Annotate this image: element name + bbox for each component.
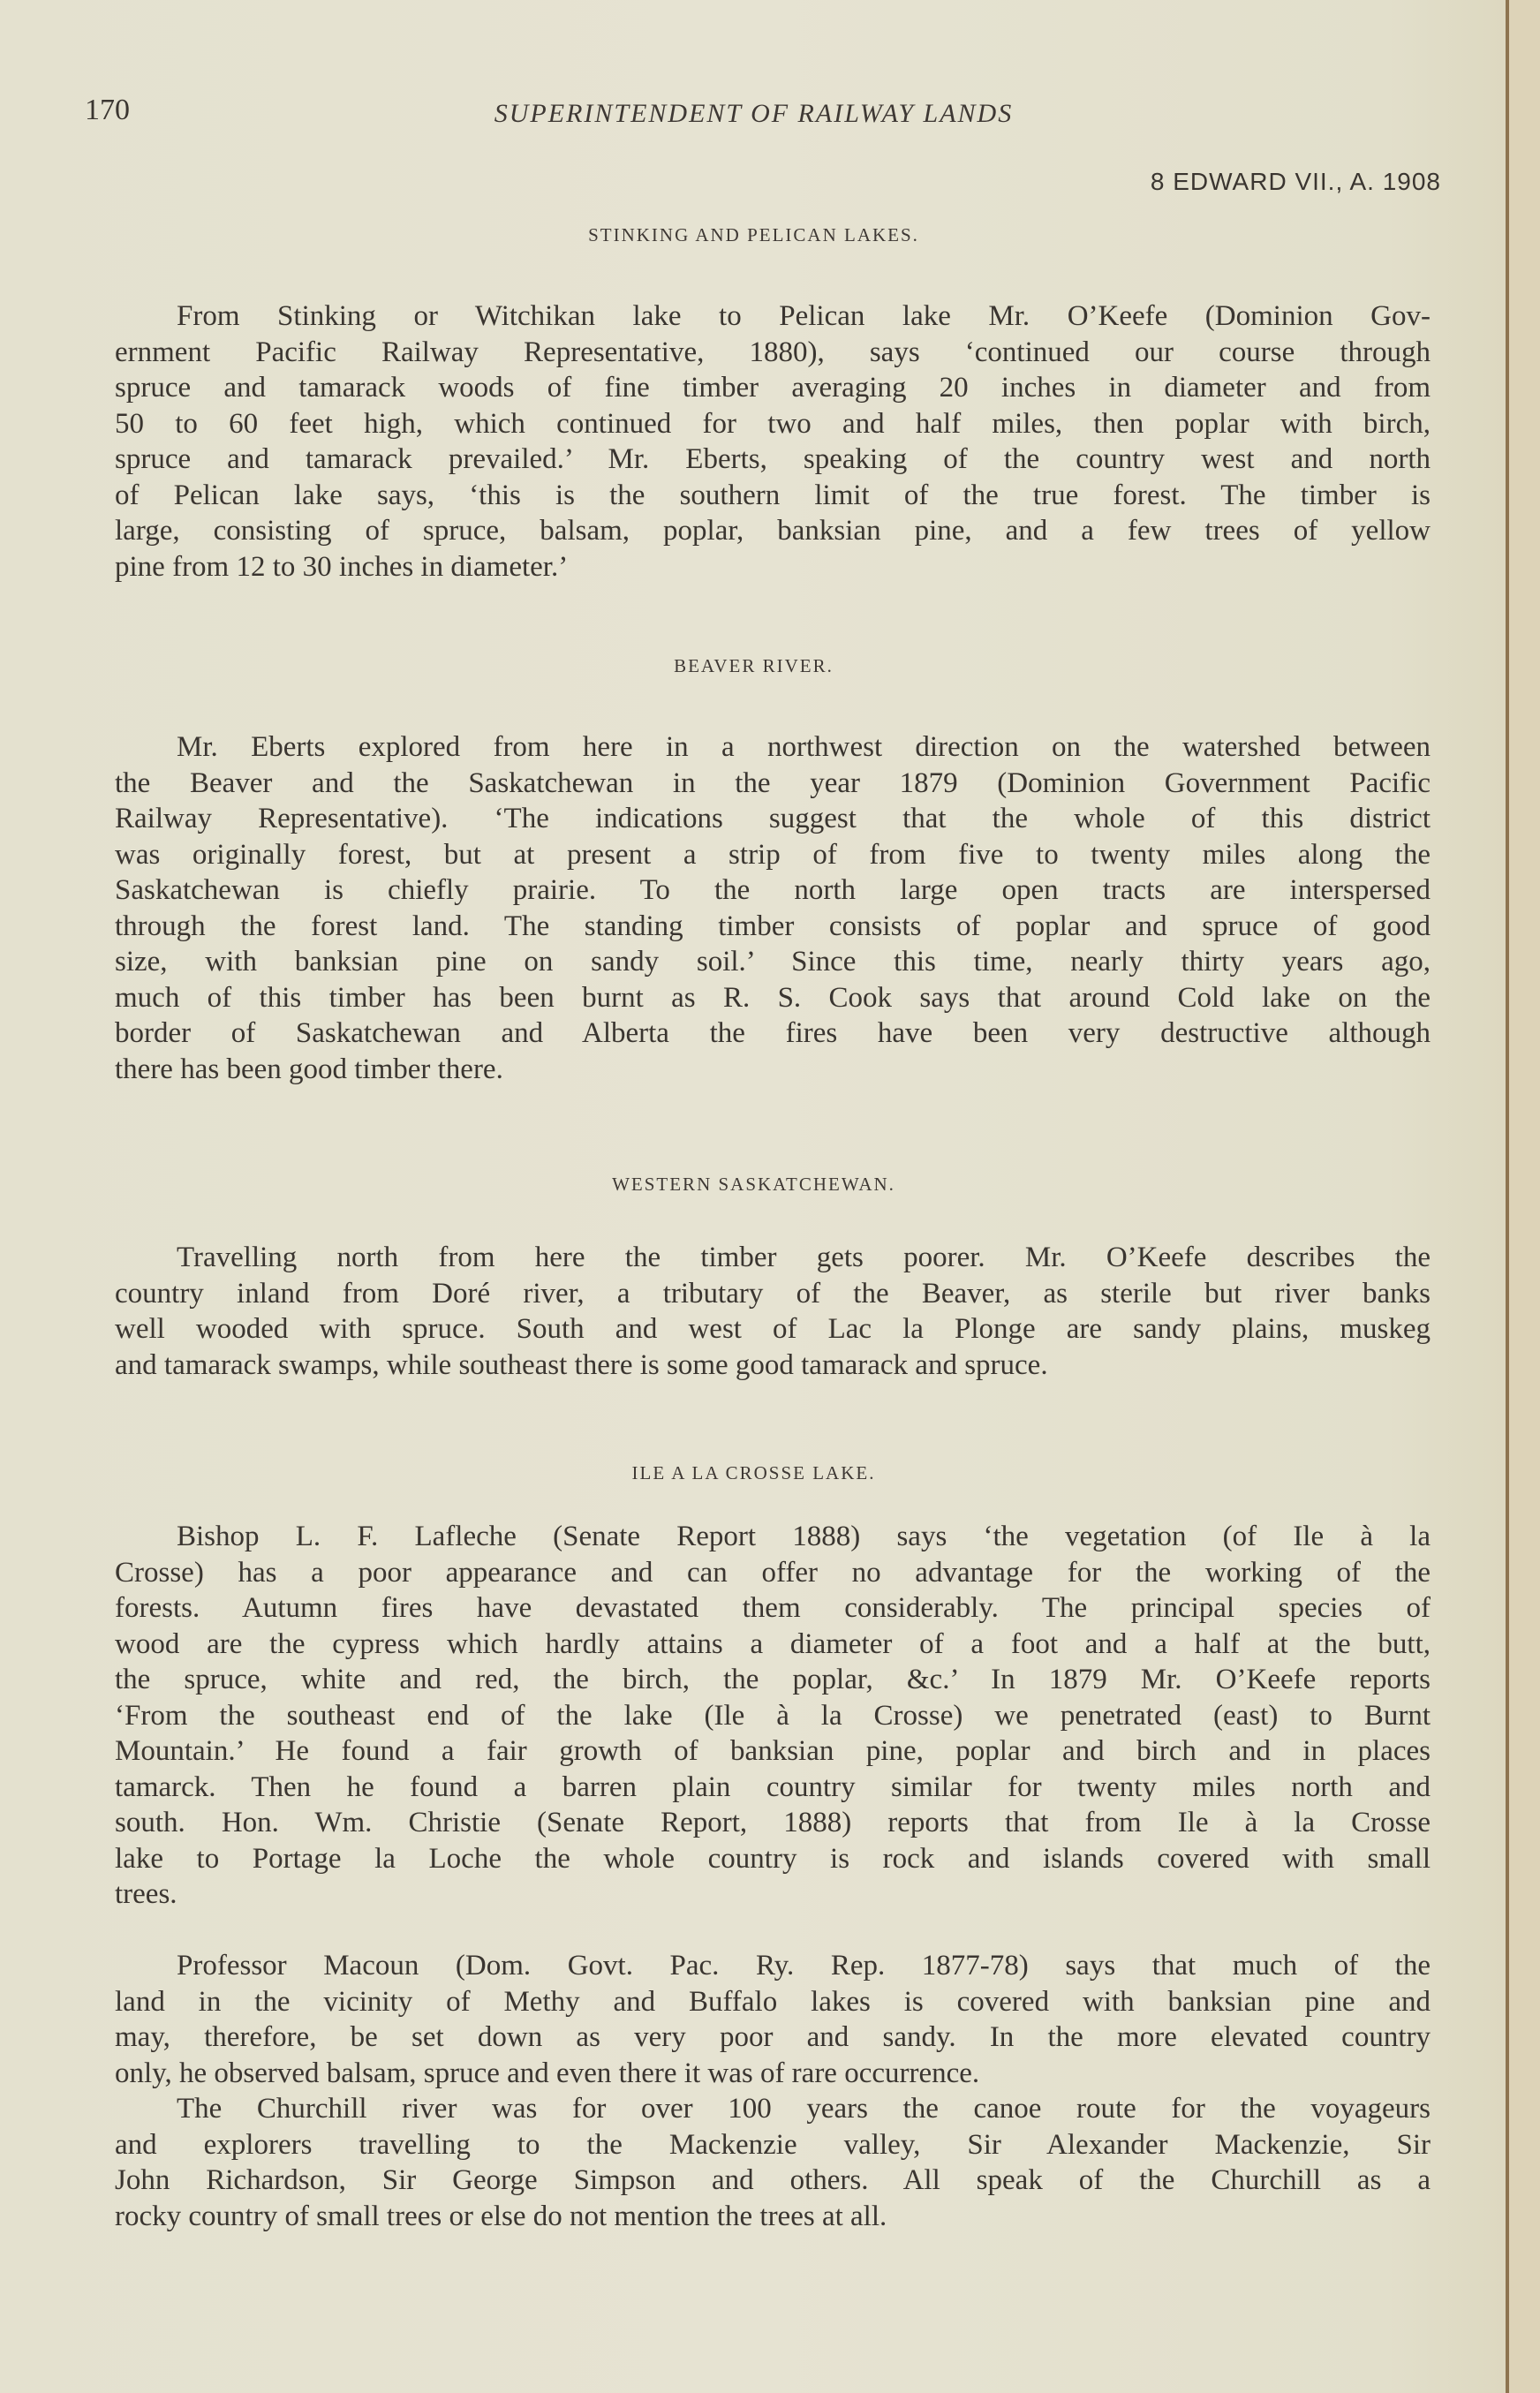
text-line: tamarck. Then he found a barren plain co… [115,1770,1431,1806]
paragraph: Professor Macoun (Dom. Govt. Pac. Ry. Re… [115,1948,1431,2091]
text-line: through the forest land. The standing ti… [115,909,1431,945]
text-line: size, with banksian pine on sandy soil.’… [115,944,1431,980]
text-line: only, he observed balsam, spruce and eve… [115,2056,1431,2092]
text-line: well wooded with spruce. South and west … [115,1311,1431,1347]
text-line: rocky country of small trees or else do … [115,2199,1431,2235]
paragraph: From Stinking or Witchikan lake to Pelic… [115,298,1431,585]
text-line: large, consisting of spruce, balsam, pop… [115,513,1431,549]
text-line: border of Saskatchewan and Alberta the f… [115,1015,1431,1052]
text-line: may, therefore, be set down as very poor… [115,2019,1431,2056]
paragraph: Mr. Eberts explored from here in a north… [115,729,1431,1087]
text-line: was originally forest, but at present a … [115,837,1431,873]
text-line: much of this timber has been burnt as R.… [115,980,1431,1016]
text-line: trees. [115,1876,1431,1913]
text-line: country inland from Doré river, a tribut… [115,1276,1431,1312]
text-line: Saskatchewan is chiefly prairie. To the … [115,872,1431,909]
text-line: Mr. Eberts explored from here in a north… [115,729,1431,766]
text-line: of Pelican lake says, ‘this is the south… [115,478,1431,514]
text-line: spruce and tamarack prevailed.’ Mr. Eber… [115,442,1431,478]
section-heading: STINKING AND PELICAN LAKES. [0,224,1507,246]
text-line: forests. Autumn fires have devastated th… [115,1590,1431,1627]
text-line: The Churchill river was for over 100 yea… [115,2091,1431,2127]
text-line: and tamarack swamps, while southeast the… [115,1347,1431,1384]
text-line: spruce and tamarack woods of fine timber… [115,370,1431,406]
text-line: Mountain.’ He found a fair growth of ban… [115,1733,1431,1770]
text-line: ernment Pacific Railway Representative, … [115,335,1431,371]
paragraph: Travelling north from here the timber ge… [115,1240,1431,1383]
text-line: the Beaver and the Saskatchewan in the y… [115,766,1431,802]
text-line: John Richardson, Sir George Simpson and … [115,2163,1431,2199]
text-line: south. Hon. Wm. Christie (Senate Report,… [115,1805,1431,1841]
running-title: SUPERINTENDENT OF RAILWAY LANDS [0,99,1507,129]
text-line: Crosse) has a poor appearance and can of… [115,1555,1431,1591]
section-heading: WESTERN SASKATCHEWAN. [0,1174,1507,1196]
section-heading: BEAVER RIVER. [0,655,1507,677]
text-line: From Stinking or Witchikan lake to Pelic… [115,298,1431,335]
text-line: there has been good timber there. [115,1052,1431,1088]
text-line: the spruce, white and red, the birch, th… [115,1662,1431,1698]
text-line: Bishop L. F. Lafleche (Senate Report 188… [115,1519,1431,1555]
text-line: and explorers travelling to the Mackenzi… [115,2127,1431,2163]
text-line: ‘From the southeast end of the lake (Ile… [115,1698,1431,1734]
text-line: pine from 12 to 30 inches in diameter.’ [115,549,1431,585]
section-heading: ILE A LA CROSSE LAKE. [0,1462,1507,1484]
text-line: Professor Macoun (Dom. Govt. Pac. Ry. Re… [115,1948,1431,1984]
text-line: wood are the cypress which hardly attain… [115,1627,1431,1663]
paragraph: The Churchill river was for over 100 yea… [115,2091,1431,2234]
session-label: 8 EDWARD VII., A. 1908 [1151,168,1441,196]
text-line: 50 to 60 feet high, which continued for … [115,406,1431,442]
text-line: land in the vicinity of Methy and Buffal… [115,1984,1431,2020]
paragraph: Bishop L. F. Lafleche (Senate Report 188… [115,1519,1431,1913]
text-line: lake to Portage la Loche the whole count… [115,1841,1431,1877]
text-line: Railway Representative). ‘The indication… [115,801,1431,837]
adjacent-page-strip [1509,0,1540,2393]
text-line: Travelling north from here the timber ge… [115,1240,1431,1276]
